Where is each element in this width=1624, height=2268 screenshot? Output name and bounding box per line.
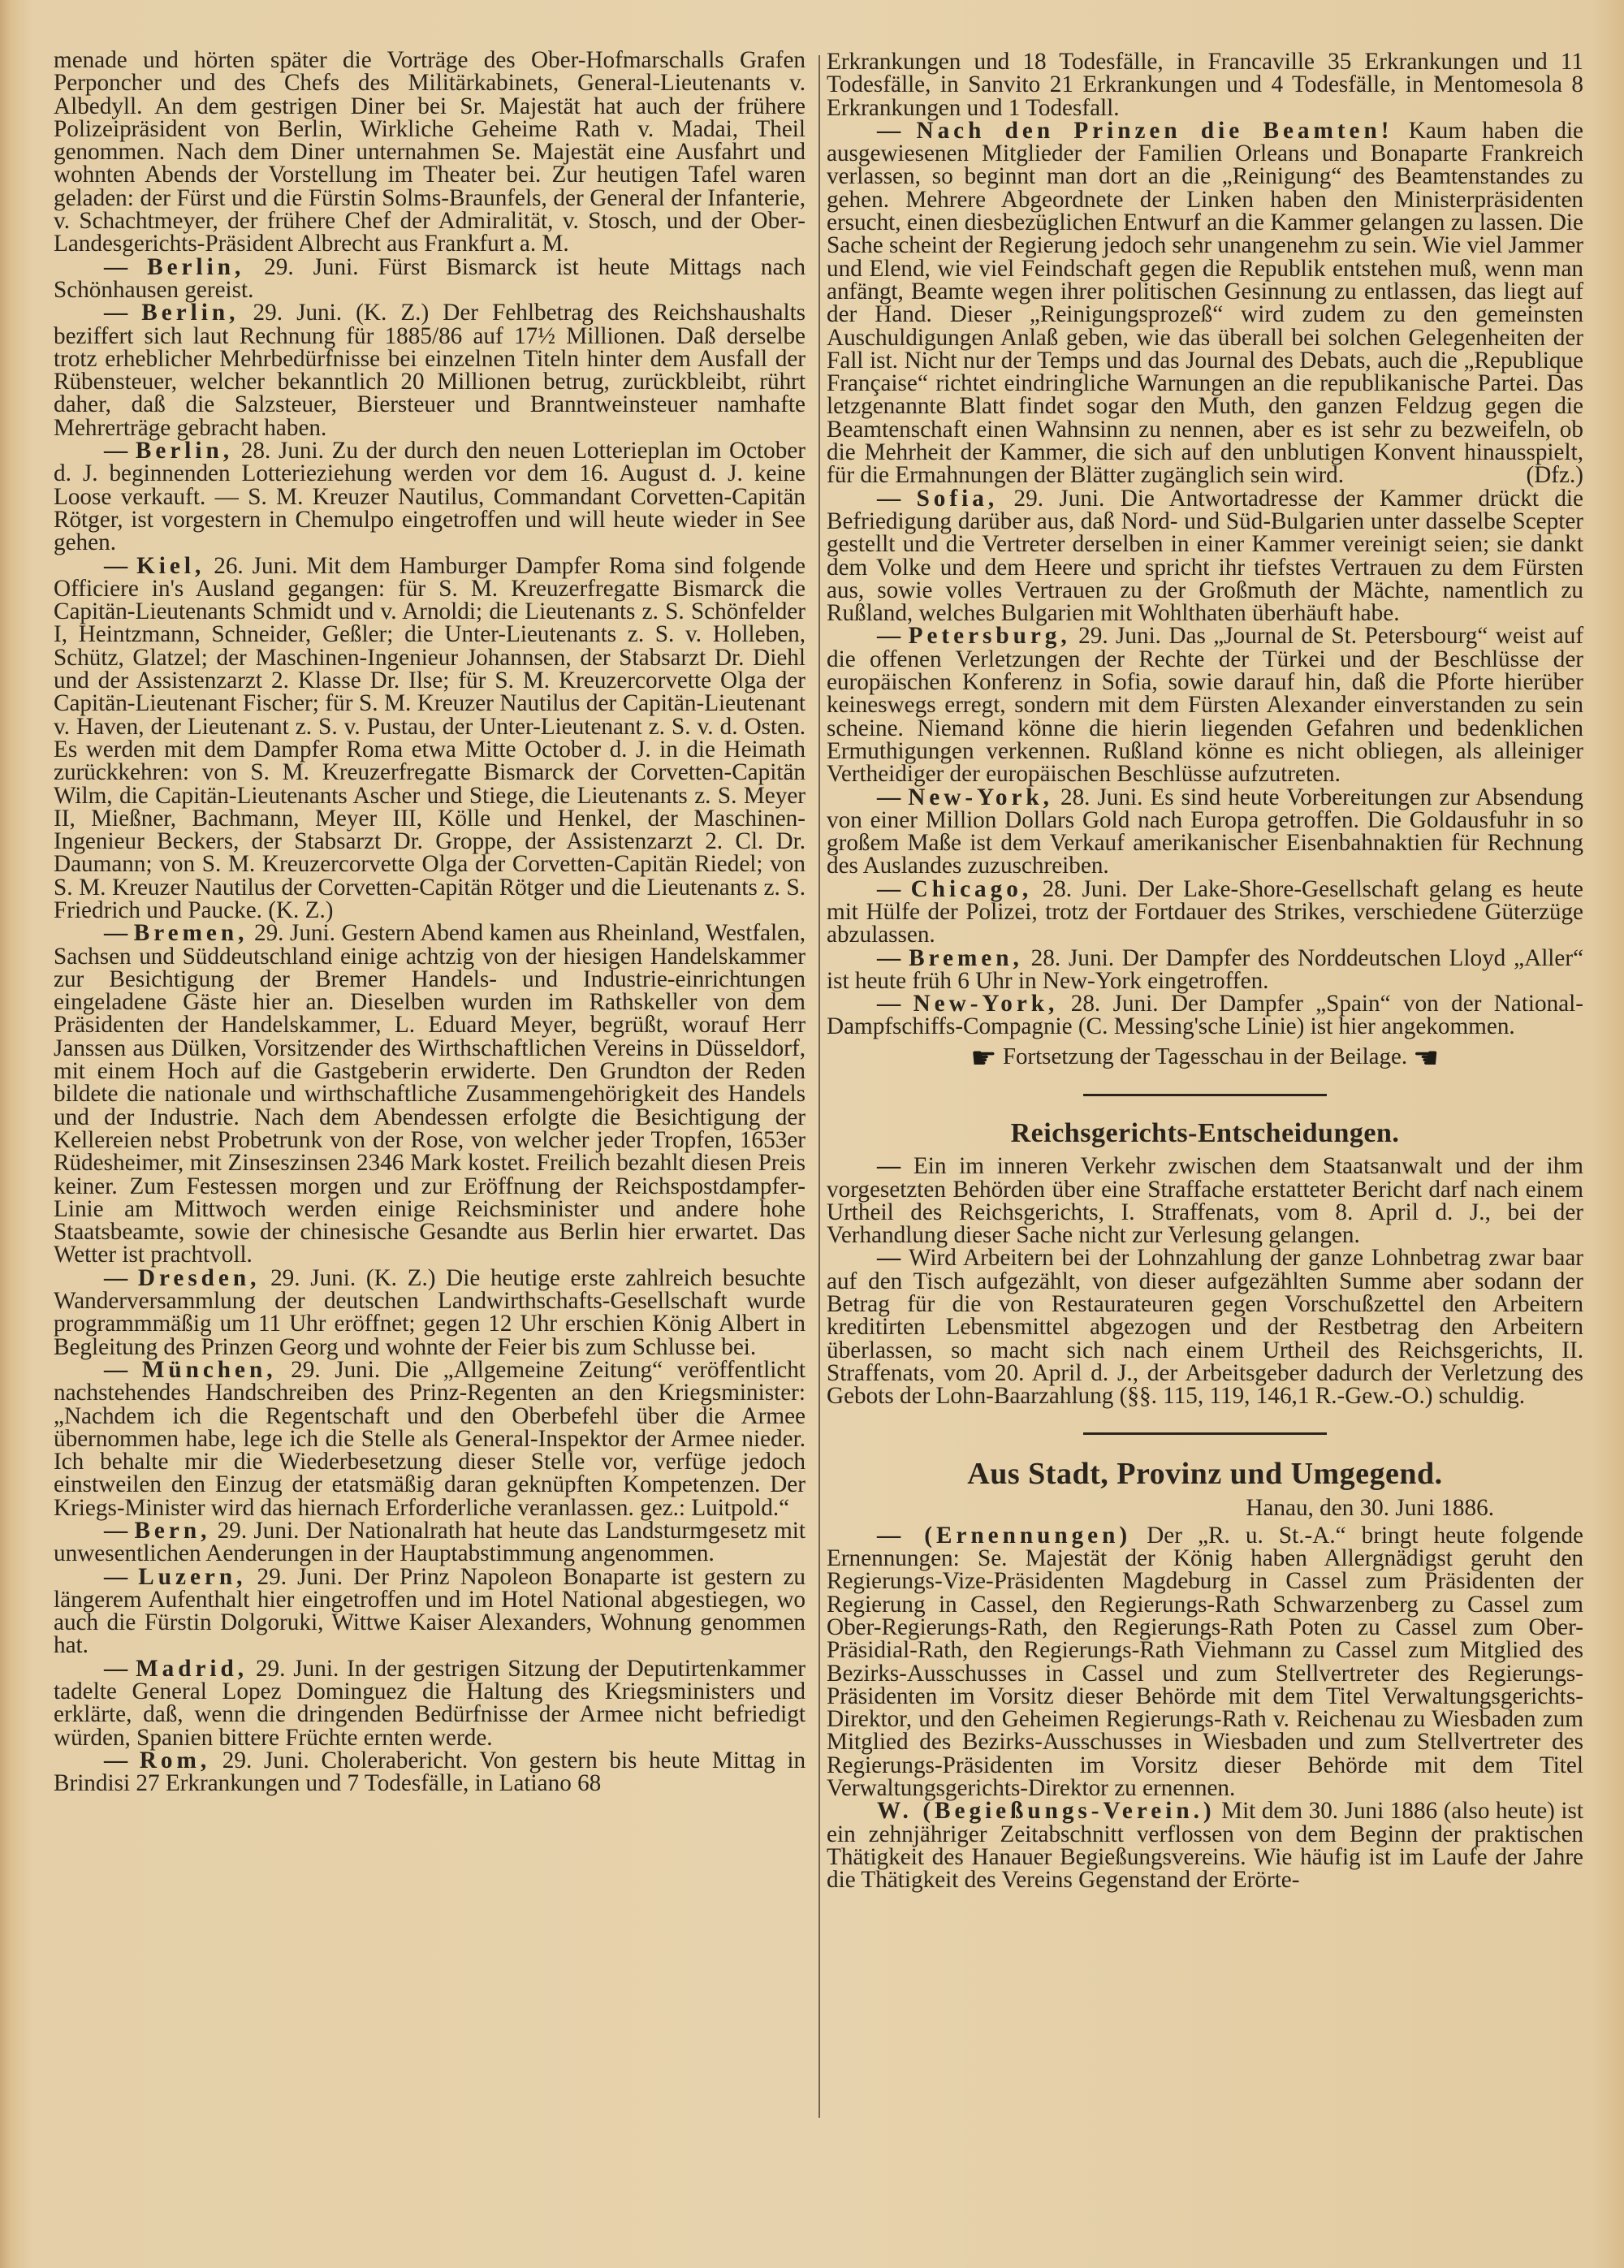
column-divider — [818, 55, 820, 2118]
date: 28. Juni. — [241, 438, 324, 464]
continuation-text: Fortsetzung der Tagesschau in der Beilag… — [1003, 1043, 1407, 1069]
section-title-local: Aus Stadt, Provinz und Umgegend. — [827, 1458, 1583, 1490]
news-item-bern: — Bern, 29. Juni. Der Nationalrath hat h… — [54, 1519, 806, 1566]
news-item-beamten: — Nach den Prinzen die Beamten! Kaum hab… — [827, 119, 1583, 487]
item-text: Kaum haben die ausgewiesenen Mitglieder … — [827, 118, 1583, 488]
news-item-chicago: — Chicago, 28. Juni. Der Lake-Shore-Gese… — [827, 878, 1583, 947]
news-item-newyork-1: — New-York, 28. Juni. Es sind heute Vorb… — [827, 786, 1583, 878]
dateline: Nach den Prinzen die Beamten! — [916, 118, 1393, 144]
date: 29. Juni. — [253, 300, 343, 326]
pointing-hand-right-icon: ☛ — [970, 1047, 996, 1069]
dateline: Berlin, — [141, 300, 239, 326]
reichsgericht-item-1: — Ein im inneren Verkehr zwischen dem St… — [827, 1155, 1583, 1246]
dateline: New-York, — [908, 784, 1053, 810]
dateline: Berlin, — [136, 438, 233, 464]
date: 28. Juni. — [1031, 945, 1114, 971]
news-item-newyork-2: — New-York, 28. Juni. Der Dampfer „Spain… — [827, 992, 1583, 1039]
dateline: Rom, — [140, 1747, 210, 1773]
news-item-dresden: — Dresden, 29. Juni. (K. Z.) Die heutige… — [54, 1267, 806, 1359]
date: 29. Juni. — [222, 1747, 309, 1773]
item-text: Die „Allgemeine Zeitung“ veröffentlicht … — [54, 1357, 806, 1521]
section-title-reichsgericht: Reichsgerichts-Entscheidungen. — [827, 1119, 1583, 1148]
news-item-bremen: — Bremen, 29. Juni. Gestern Abend kamen … — [54, 922, 806, 1266]
date: 29. Juni. — [291, 1357, 380, 1383]
dateline: Bern, — [134, 1518, 210, 1544]
dateline: Berlin, — [147, 254, 244, 280]
local-item-ernennungen: — (Ernennungen) Der „R. u. St.-A.“ bring… — [827, 1524, 1583, 1800]
item-lead: — (Ernennungen) — [877, 1523, 1131, 1549]
item-text: Das „Journal de St. Petersbourg“ weist a… — [827, 623, 1583, 787]
pointing-hand-left-icon: ☛ — [1413, 1047, 1439, 1069]
section-rule — [1083, 1432, 1327, 1435]
news-item-luzern: — Luzern, 29. Juni. Der Prinz Napoleon B… — [54, 1566, 806, 1657]
dateline: New-York, — [914, 991, 1059, 1017]
date: 29. Juni. — [270, 1265, 356, 1291]
item-text: Ein im inneren Verkehr zwischen dem Staa… — [827, 1153, 1583, 1248]
date: 28. Juni. — [1043, 876, 1128, 902]
date: 29. Juni. — [218, 1518, 300, 1544]
item-text: Wird Arbeitern bei der Lohnzahlung der g… — [827, 1245, 1583, 1409]
news-item-sofia: — Sofia, 29. Juni. Die Antwortadresse de… — [827, 487, 1583, 625]
left-column: menade und hörten später die Vorträge de… — [54, 49, 806, 1795]
reichsgericht-item-2: — Wird Arbeitern bei der Lohnzahlung der… — [827, 1246, 1583, 1407]
date: 29. Juni. — [1014, 486, 1105, 512]
news-item-muenchen: — München, 29. Juni. Die „Allgemeine Zei… — [54, 1359, 806, 1519]
dateline: Kiel, — [136, 553, 205, 579]
rom-continuation: Erkrankungen und 18 Todesfälle, in Franc… — [827, 50, 1583, 119]
newspaper-page: menade und hörten später die Vorträge de… — [0, 0, 1624, 2268]
article-continuation: menade und hörten später die Vorträge de… — [54, 49, 806, 256]
date: 29. Juni. — [1078, 623, 1161, 649]
dateline: Bremen, — [134, 920, 248, 946]
date: 29. Juni. — [257, 1564, 343, 1590]
news-item-kiel: — Kiel, 26. Juni. Mit dem Hamburger Damp… — [54, 555, 806, 922]
dateline: München, — [142, 1357, 277, 1383]
news-item-petersburg: — Petersburg, 29. Juni. Das „Journal de … — [827, 624, 1583, 785]
section-rule — [1083, 1094, 1327, 1096]
dateline: Madrid, — [136, 1656, 248, 1682]
local-item-begiessungsverein: W. (Begießungs-Verein.) Mit dem 30. Juni… — [827, 1799, 1583, 1891]
item-text: Gestern Abend kamen aus Rheinland, Westf… — [54, 920, 806, 1268]
local-dateline: Hanau, den 30. Juni 1886. — [827, 1497, 1583, 1519]
date: 29. Juni. — [264, 254, 358, 280]
news-item-bremen-2: — Bremen, 28. Juni. Der Dampfer des Nord… — [827, 947, 1583, 993]
dateline: Dresden, — [138, 1265, 261, 1291]
continuation-notice: ☛ Fortsetzung der Tagesschau in der Beil… — [827, 1045, 1583, 1069]
item-text: Der „R. u. St.-A.“ bringt heute folgende… — [827, 1523, 1583, 1801]
date: 29. Juni. — [254, 920, 335, 946]
item-lead: W. (Begießungs-Verein.) — [877, 1798, 1216, 1824]
date: 26. Juni. — [214, 553, 297, 579]
news-item-berlin-1: — Berlin, 29. Juni. Fürst Bismarck ist h… — [54, 256, 806, 302]
dateline: Luzern, — [138, 1564, 246, 1590]
news-item-rom: — Rom, 29. Juni. Cholerabericht. Von ges… — [54, 1749, 806, 1795]
date: 29. Juni. — [256, 1656, 339, 1682]
right-column: Erkrankungen und 18 Todesfälle, in Franc… — [827, 50, 1583, 1892]
date: 28. Juni. — [1071, 991, 1159, 1017]
dateline: Chicago, — [911, 876, 1032, 902]
news-item-madrid: — Madrid, 29. Juni. In der gestrigen Sit… — [54, 1657, 806, 1749]
dateline: Petersburg, — [909, 623, 1071, 649]
news-item-berlin-2: — Berlin, 29. Juni. (K. Z.) Der Fehlbetr… — [54, 301, 806, 439]
news-item-berlin-3: — Berlin, 28. Juni. Zu der durch den neu… — [54, 439, 806, 554]
source-tag: (Dfz.) — [1476, 464, 1584, 486]
dateline: Sofia, — [917, 486, 999, 512]
date: 28. Juni. — [1060, 784, 1142, 810]
dateline: Bremen, — [909, 945, 1023, 971]
item-text: Mit dem Hamburger Dampfer Roma sind folg… — [54, 553, 806, 923]
